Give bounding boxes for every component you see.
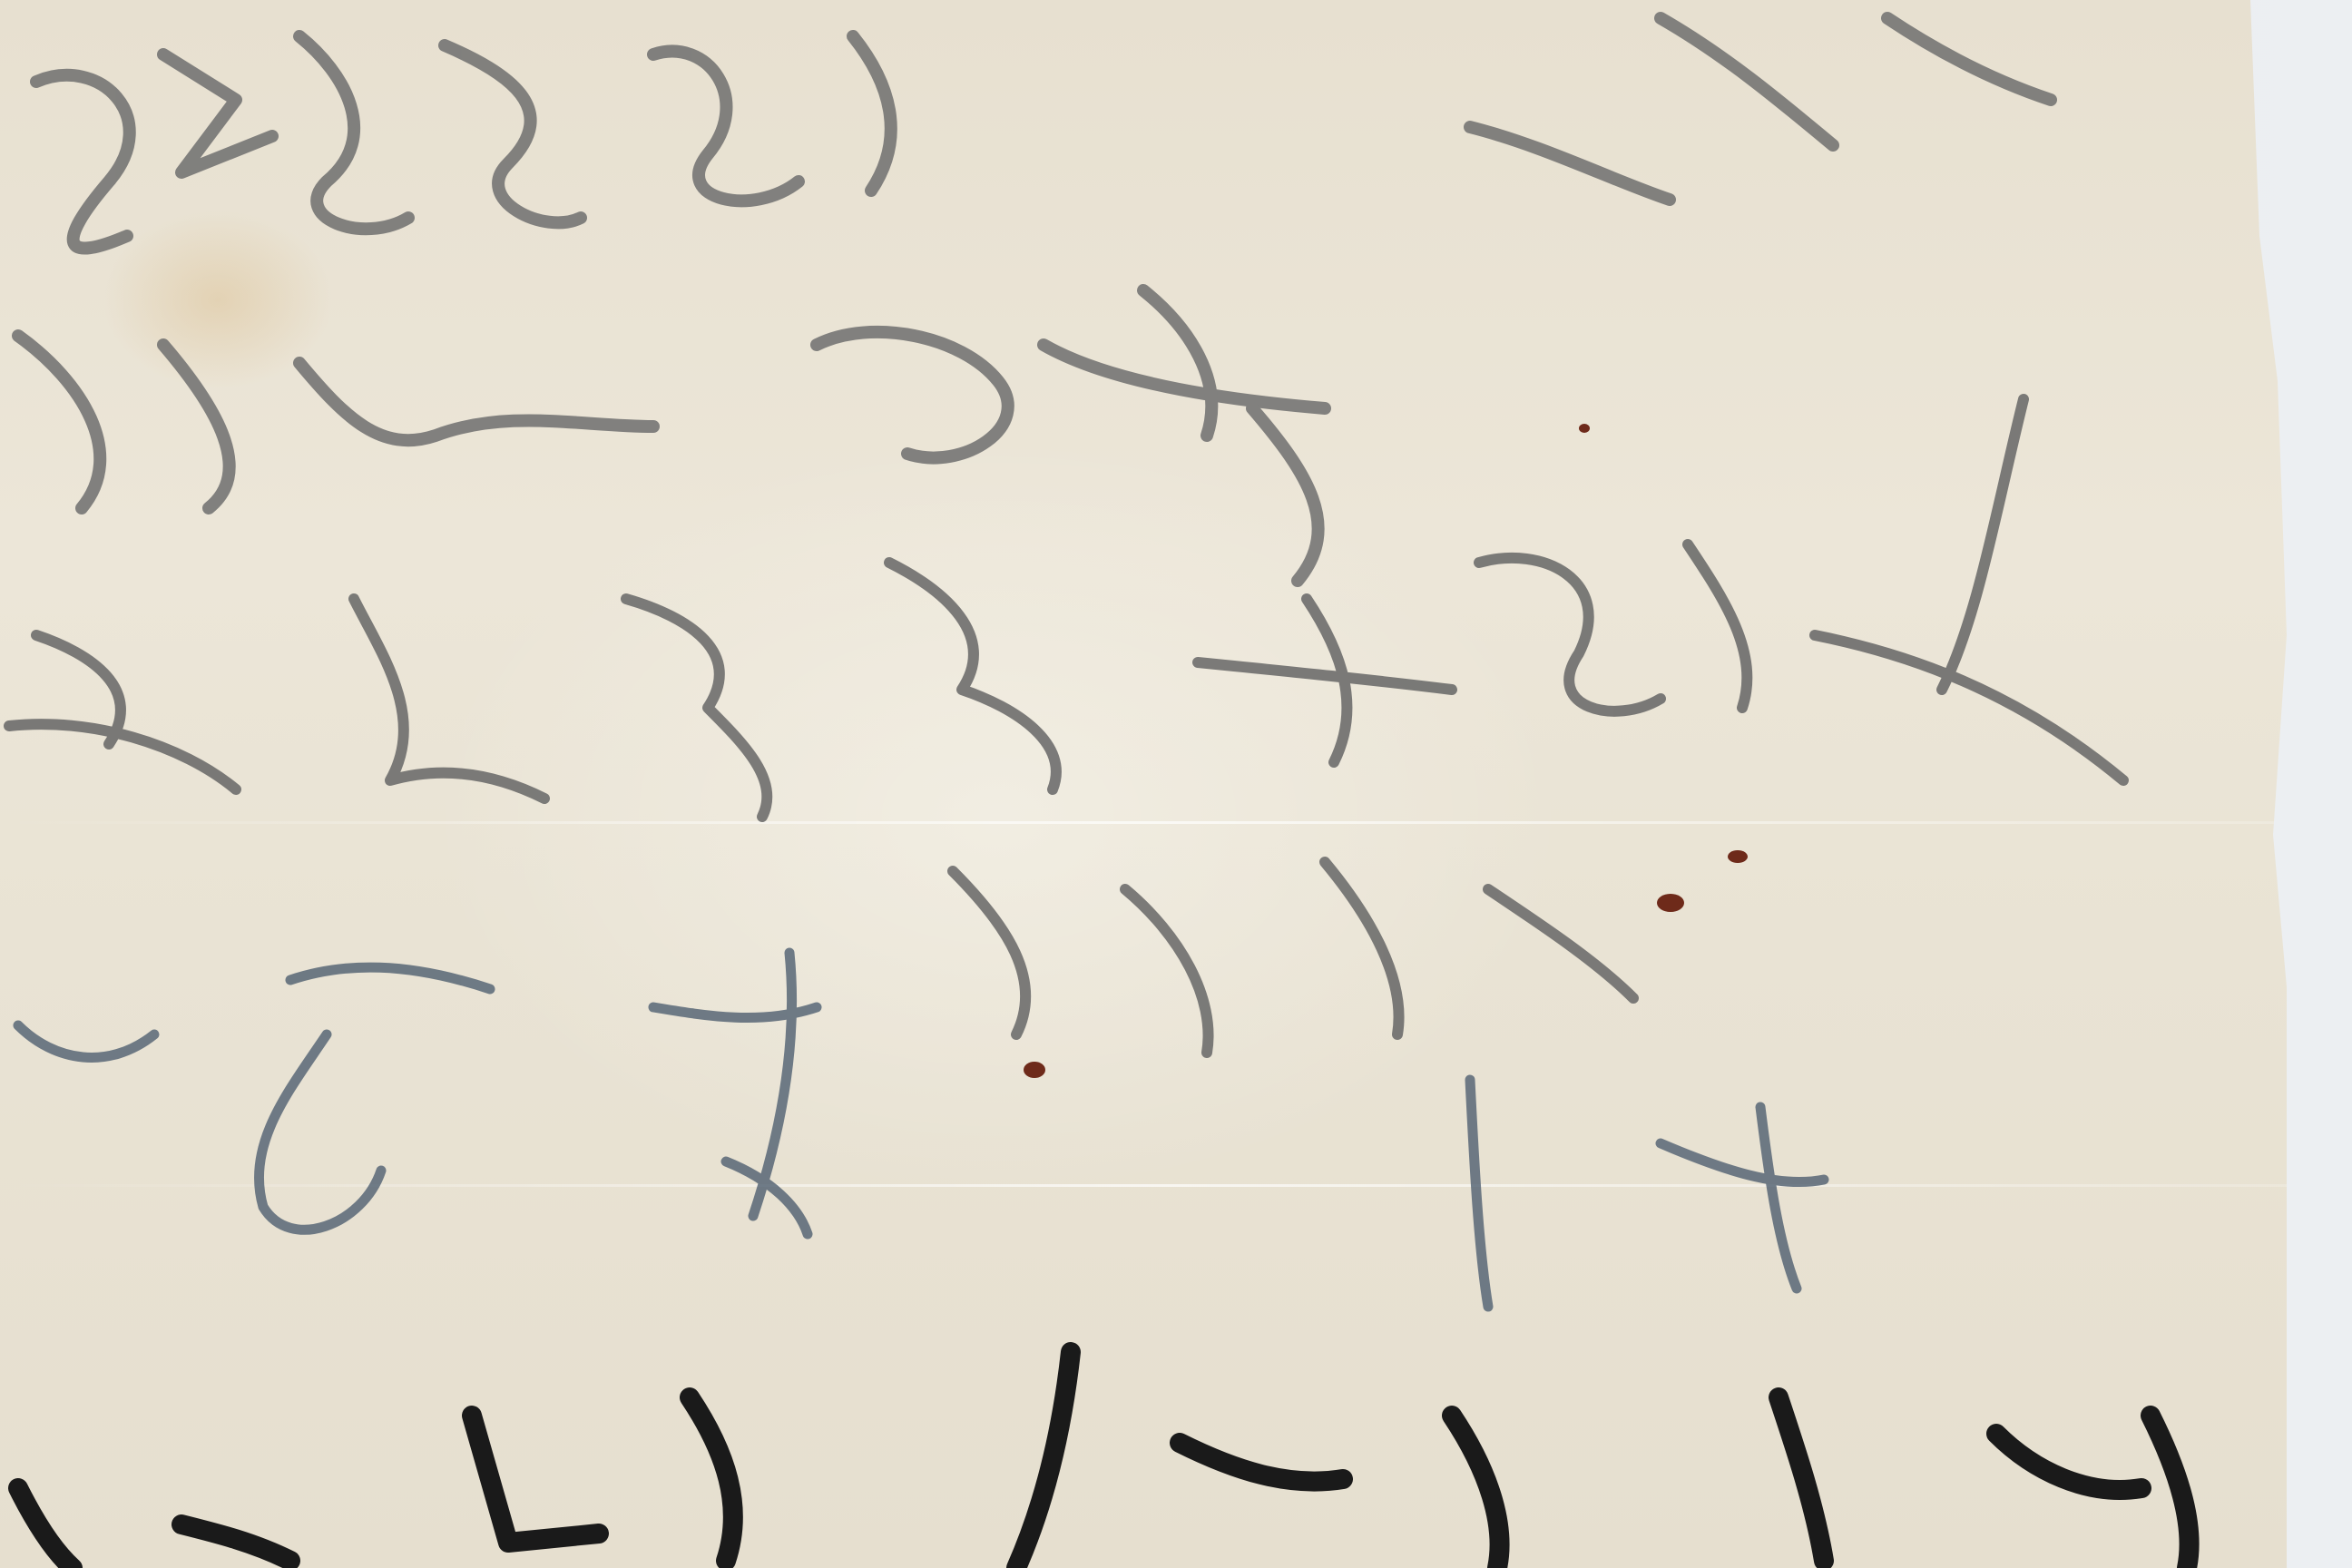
ink-spot — [1024, 1062, 1045, 1078]
upper-gray-script — [18, 18, 2051, 581]
ink-spot — [1657, 894, 1684, 912]
ink-spot — [1728, 850, 1748, 863]
middle-gray-script — [9, 399, 2123, 1053]
ink-spot — [1579, 424, 1590, 433]
black-brush-script — [18, 1352, 2190, 1568]
calligraphy-strokes — [0, 0, 2352, 1568]
bluish-script — [18, 953, 1824, 1307]
